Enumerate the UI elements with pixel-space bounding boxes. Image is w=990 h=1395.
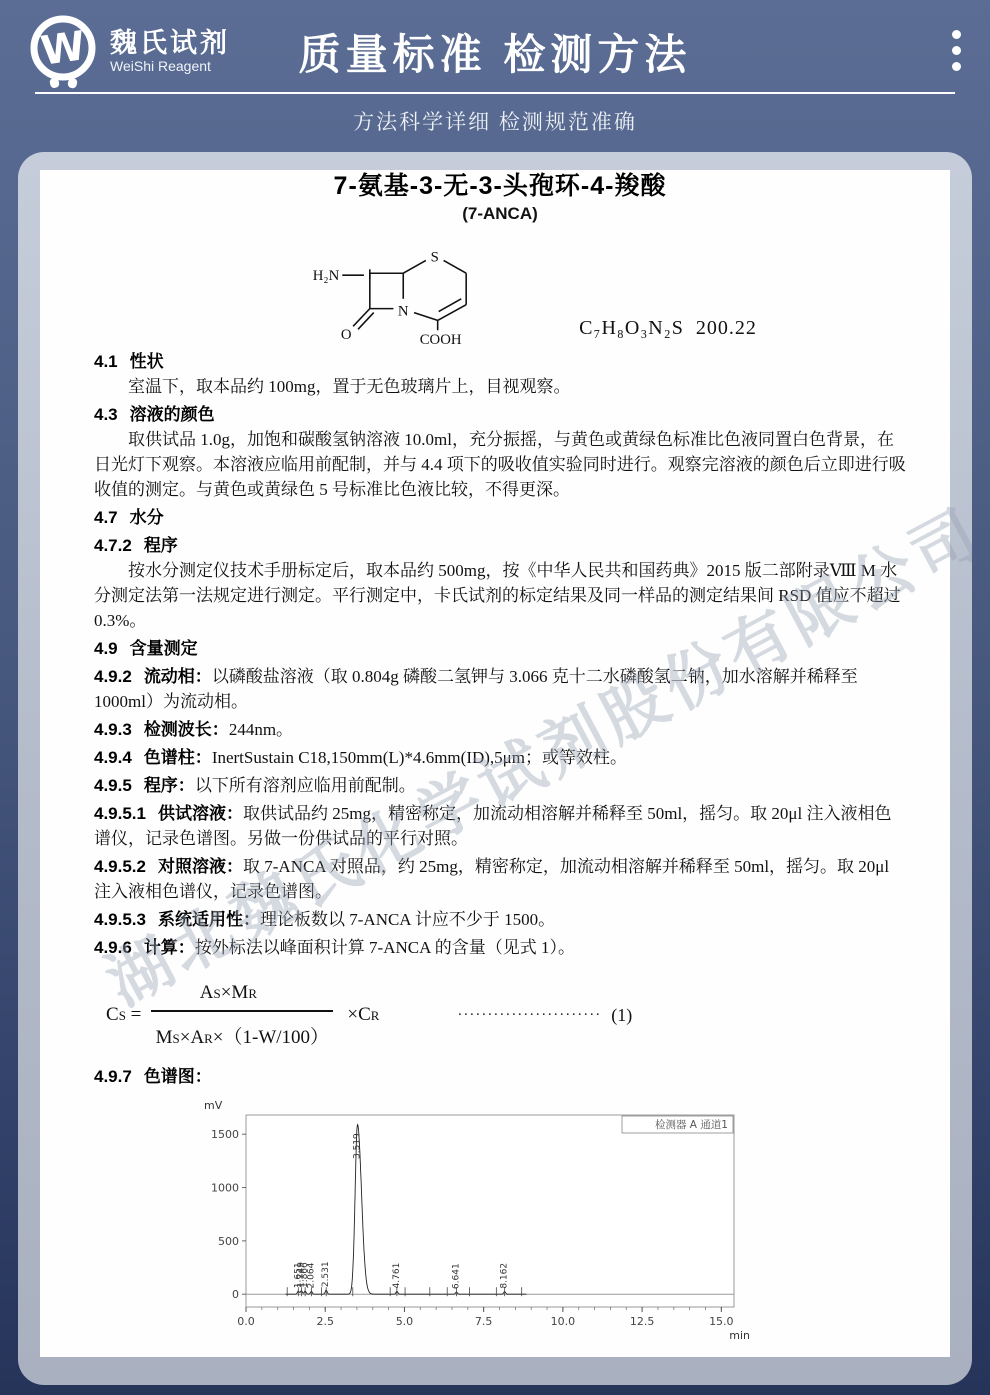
section-number: 4.9.7 (94, 1067, 132, 1086)
section-inline-text: InertSustain C18,150mm(L)*4.6mm(ID),5μm；… (212, 748, 627, 767)
document-content: 7-氨基-3-无-3-头孢环-4-羧酸 (7-ANCA) H₂N N O S (18, 152, 972, 1352)
svg-text:15.0: 15.0 (709, 1315, 734, 1328)
section-4-1: 4.1性状 室温下，取本品约 100mg，置于无色玻璃片上，目视观察。 (94, 349, 906, 399)
svg-text:5.0: 5.0 (396, 1315, 414, 1328)
section-number: 4.7 (94, 508, 118, 527)
section-title: 计算： (144, 938, 195, 957)
structure-block: H₂N N O S (134, 228, 906, 346)
page-subtitle: 方法科学详细 检测规范准确 (0, 106, 990, 136)
svg-text:min: min (729, 1329, 750, 1342)
section-inline-text: 以下所有溶剂应临用前配制。 (195, 776, 416, 795)
formula-multiplier: ×CR (347, 1004, 379, 1026)
header-divider (35, 92, 955, 94)
section-title: 含量测定 (130, 639, 198, 658)
amine-label: H₂N (313, 268, 340, 284)
section-inline-text: 244nm。 (229, 720, 293, 739)
section-body: 室温下，取本品约 100mg，置于无色玻璃片上，目视观察。 (94, 374, 906, 399)
svg-text:2.531: 2.531 (321, 1261, 331, 1287)
section-4-9-4: 4.9.4色谱柱：InertSustain C18,150mm(L)*4.6mm… (94, 745, 906, 770)
section-inline-text: 理论板数以 7-ANCA 计应不少于 1500。 (260, 910, 555, 929)
section-number: 4.9.5 (94, 776, 132, 795)
section-body: 按水分测定仪技术手册标定后，取本品约 500mg，按《中华人民共和国药典》201… (94, 558, 906, 633)
svg-text:10.0: 10.0 (551, 1315, 576, 1328)
oxygen-label: O (341, 327, 352, 343)
molecular-weight: 200.22 (696, 317, 757, 339)
section-4-7: 4.7水分 (94, 505, 906, 530)
document-card: 湖北魏氏化学试剂股份有限公司 7-氨基-3-无-3-头孢环-4-羧酸 (7-AN… (18, 152, 972, 1385)
content-formula: CS = AS×MR MS×AR×（1-W/100） ×CR ·········… (106, 976, 906, 1054)
svg-text:1000: 1000 (211, 1182, 239, 1195)
section-number: 4.9 (94, 639, 118, 658)
formula-equation-number: (1) (611, 1005, 632, 1026)
svg-text:4.761: 4.761 (392, 1263, 402, 1289)
section-title: 水分 (130, 508, 164, 527)
section-body: 取供试品 1.0g，加饱和碳酸氢钠溶液 10.0ml，充分振摇，与黄色或黄绿色标… (94, 427, 906, 502)
svg-text:0: 0 (232, 1288, 239, 1301)
section-number: 4.9.2 (94, 667, 132, 686)
formula-lhs: CS = (106, 1004, 141, 1026)
section-title: 色谱柱： (144, 748, 212, 767)
section-4-9-2: 4.9.2流动相：以磷酸盐溶液（取 0.804g 磷酸二氢钾与 3.066 克十… (94, 664, 906, 714)
formula-dots: ························ (457, 1007, 601, 1024)
svg-text:6.641: 6.641 (451, 1263, 461, 1289)
section-title: 程序： (144, 776, 195, 795)
section-title: 溶液的颜色 (130, 405, 215, 424)
page-title: 质量标准 检测方法 (0, 22, 990, 82)
section-inline-text: 按外标法以峰面积计算 7-ANCA 的含量（见式 1）。 (195, 938, 575, 957)
section-number: 4.3 (94, 405, 118, 424)
nitrogen-label: N (398, 304, 409, 320)
section-4-9-5: 4.9.5程序：以下所有溶剂应临用前配制。 (94, 773, 906, 798)
section-4-9: 4.9含量测定 (94, 636, 906, 661)
section-4-9-6: 4.9.6计算：按外标法以峰面积计算 7-ANCA 的含量（见式 1）。 (94, 935, 906, 960)
section-title: 系统适用性： (158, 910, 260, 929)
vertical-ellipsis-icon[interactable] (952, 30, 962, 78)
section-number: 4.9.3 (94, 720, 132, 739)
compound-title: 7-氨基-3-无-3-头孢环-4-羧酸 (94, 166, 906, 202)
svg-text:检测器 A 通道1: 检测器 A 通道1 (655, 1118, 728, 1131)
svg-text:3.519: 3.519 (353, 1133, 363, 1159)
sulfur-label: S (431, 249, 439, 265)
svg-text:7.5: 7.5 (475, 1315, 493, 1328)
section-4-3: 4.3溶液的颜色 取供试品 1.0g，加饱和碳酸氢钠溶液 10.0ml，充分振摇… (94, 402, 906, 502)
section-title: 性状 (130, 352, 164, 371)
section-number: 4.9.5.1 (94, 804, 146, 823)
svg-text:0.0: 0.0 (237, 1315, 255, 1328)
section-title: 流动相： (144, 667, 212, 686)
chromatogram-svg: 1.6511.7491.8662.0642.5313.5194.7616.641… (190, 1095, 755, 1347)
section-4-9-5-2: 4.9.5.2对照溶液：取 7-ANCA 对照品，约 25mg，精密称定，加流动… (94, 854, 906, 904)
formula-fraction: AS×MR MS×AR×（1-W/100） (151, 982, 333, 1049)
section-4-9-3: 4.9.3检测波长：244nm。 (94, 717, 906, 742)
section-number: 4.9.6 (94, 938, 132, 957)
section-title: 检测波长： (144, 720, 229, 739)
section-title: 供试溶液： (158, 804, 243, 823)
chemical-structure: H₂N N O S (283, 228, 553, 346)
formula-numerator: AS×MR (151, 982, 333, 1010)
section-title: 对照溶液： (158, 857, 243, 876)
section-title: 程序 (144, 536, 178, 555)
section-4-9-5-3: 4.9.5.3系统适用性：理论板数以 7-ANCA 计应不少于 1500。 (94, 907, 906, 932)
section-number: 4.1 (94, 352, 118, 371)
cooh-label: COOH (420, 332, 462, 346)
chromatogram-chart: 1.6511.7491.8662.0642.5313.5194.7616.641… (190, 1095, 906, 1352)
section-4-7-2: 4.7.2程序 按水分测定仪技术手册标定后，取本品约 500mg，按《中华人民共… (94, 533, 906, 633)
svg-text:500: 500 (218, 1235, 239, 1248)
section-number: 4.9.5.3 (94, 910, 146, 929)
section-number: 4.9.5.2 (94, 857, 146, 876)
section-number: 4.9.4 (94, 748, 132, 767)
svg-text:1500: 1500 (211, 1128, 239, 1141)
section-4-9-5-1: 4.9.5.1供试溶液：取供试品约 25mg，精密称定，加流动相溶解并稀释至 5… (94, 801, 906, 851)
section-title: 色谱图： (144, 1067, 212, 1086)
svg-text:12.5: 12.5 (630, 1315, 655, 1328)
section-4-9-7: 4.9.7色谱图： (94, 1064, 906, 1089)
svg-text:2.5: 2.5 (316, 1315, 334, 1328)
formula-denominator: MS×AR×（1-W/100） (151, 1012, 333, 1049)
section-number: 4.7.2 (94, 536, 132, 555)
compound-abbreviation: (7-ANCA) (94, 204, 906, 224)
svg-text:2.064: 2.064 (306, 1262, 316, 1288)
formula-text: C₇H₈O₃N₂S (579, 317, 684, 339)
molecular-formula: C₇H₈O₃N₂S 200.22 (579, 317, 757, 340)
svg-text:8.162: 8.162 (500, 1263, 510, 1289)
svg-text:mV: mV (204, 1099, 223, 1112)
